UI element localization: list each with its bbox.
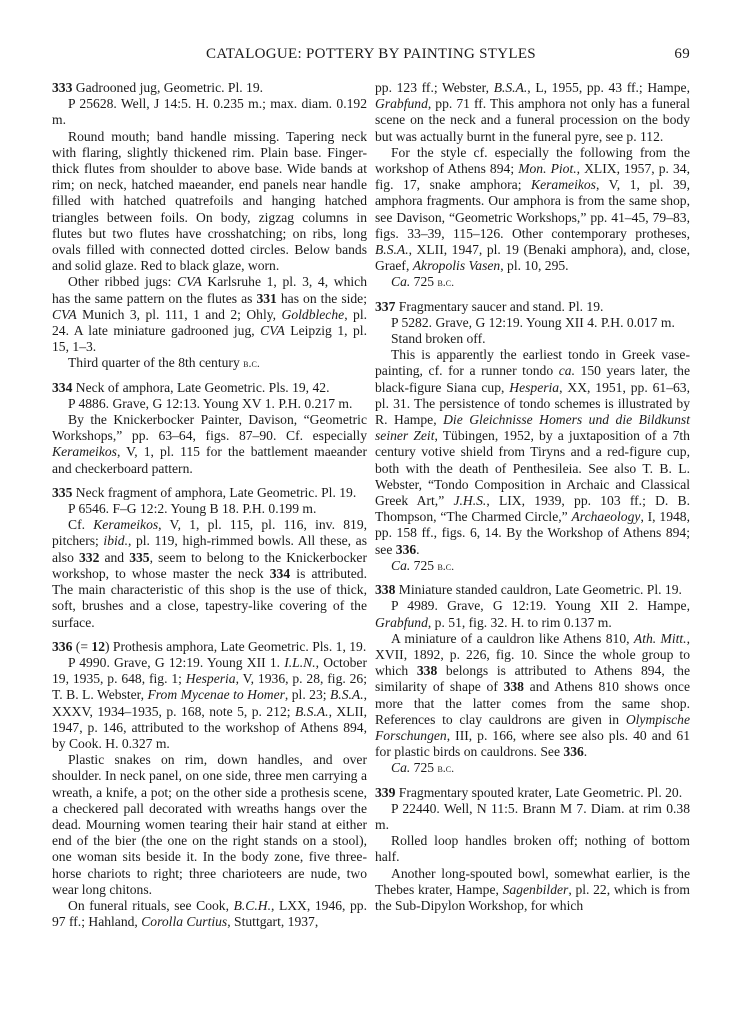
cross-reference: 334 [270, 566, 290, 581]
text: Other ribbed jugs: [68, 274, 177, 289]
citation-title: I.L.N. [284, 655, 315, 670]
text: Third quarter of the 8th century [68, 355, 243, 370]
citation-title: Kerameikos [93, 517, 158, 532]
entry-date: Third quarter of the 8th century b.c. [52, 355, 367, 371]
entry-inventory: P 22440. Well, N 11:5. Brann M 7. Diam. … [375, 801, 690, 833]
text: , L, 1955, pp. 43 ff.; Hampe, [527, 80, 690, 95]
catalogue-entry-338: 338 Miniature standed cauldron, Late Geo… [375, 582, 690, 776]
text: P 4990. Grave, G 12:19. Young XII 1. [68, 655, 284, 670]
entry-heading: 339 Fragmentary spouted krater, Late Geo… [375, 785, 690, 801]
text: On funeral rituals, see Cook, [68, 898, 234, 913]
entry-number: 333 [52, 80, 72, 95]
entry-inventory: P 4990. Grave, G 12:19. Young XII 1. I.L… [52, 655, 367, 752]
text: and [99, 550, 129, 565]
circa: Ca. [391, 274, 410, 289]
entry-heading: 335 Neck fragment of amphora, Late Geome… [52, 485, 367, 501]
entry-title: Fragmentary spouted krater, Late Geometr… [395, 785, 682, 800]
citation-title: Ath. Mitt. [634, 631, 687, 646]
citation-title: Hesperia [186, 671, 236, 686]
text: . [584, 744, 587, 759]
text: Cf. [68, 517, 93, 532]
text: 725 [410, 760, 437, 775]
entry-number: 334 [52, 380, 72, 395]
text: , Stuttgart, 1937, [227, 914, 318, 929]
text: Munich 3, pl. 111, 1 and 2; Ohly, [77, 307, 282, 322]
text: 725 [410, 274, 437, 289]
citation-title: Archaeology [571, 509, 640, 524]
page-number: 69 [674, 46, 690, 63]
era: b.c. [437, 761, 454, 775]
circa: ca. [559, 363, 575, 378]
entry-title: Gadrooned jug, Geometric. Pl. 19. [72, 80, 263, 95]
citation-title: Corolla Curtius [141, 914, 227, 929]
cross-reference: 331 [256, 291, 276, 306]
citation-title: Kerameikos [531, 177, 596, 192]
entry-description: Another long-spouted bowl, somewhat earl… [375, 866, 690, 915]
citation-title: Mon. Piot. [518, 161, 576, 176]
catalogue-entry-337: 337 Fragmentary saucer and stand. Pl. 19… [375, 299, 690, 574]
citation-title: B.S.A. [330, 687, 364, 702]
entry-description: This is apparently the earliest tondo in… [375, 347, 690, 558]
entry-inventory: P 6546. F–G 12:2. Young B 18. P.H. 0.199… [52, 501, 367, 517]
entry-title: Miniature standed cauldron, Late Geometr… [395, 582, 682, 597]
era: b.c. [243, 356, 260, 370]
entry-description: Plastic snakes on rim, down handles, and… [52, 752, 367, 898]
running-header: CATALOGUE: POTTERY BY PAINTING STYLES 69 [52, 46, 690, 66]
catalogue-entry-335: 335 Neck fragment of amphora, Late Geome… [52, 485, 367, 631]
entry-description: By the Knickerbocker Painter, Davison, “… [52, 412, 367, 477]
entry-comparanda: Other ribbed jugs: CVA Karlsruhe 1, pl. … [52, 274, 367, 355]
entry-number: 335 [52, 485, 72, 500]
entry-description: Round mouth; band handle missing. Taperi… [52, 129, 367, 275]
text: pp. 123 ff.; Webster, [375, 80, 494, 95]
entry-title: ) Prothesis amphora, Late Geometric. Pls… [105, 639, 366, 654]
circa: Ca. [391, 760, 410, 775]
era: b.c. [437, 275, 454, 289]
citation-title: Kerameikos [52, 444, 117, 459]
entry-title: Neck of amphora, Late Geometric. Pls. 19… [72, 380, 329, 395]
right-column: pp. 123 ff.; Webster, B.S.A., L, 1955, p… [375, 80, 690, 922]
entry-title: Neck fragment of amphora, Late Geometric… [72, 485, 356, 500]
entry-date: Ca. 725 b.c. [375, 760, 690, 776]
entry-condition: Stand broken off. [375, 331, 690, 347]
citation-title: Sagenbilder [503, 882, 569, 897]
text: , p. 51, fig. 32. H. to rim 0.137 m. [428, 615, 612, 630]
entry-heading: 336 (= 12) Prothesis amphora, Late Geome… [52, 639, 367, 655]
catalogue-entry-336: 336 (= 12) Prothesis amphora, Late Geome… [52, 639, 367, 931]
entry-inventory: P 4989. Grave, G 12:19. Young XII 2. Ham… [375, 598, 690, 630]
cross-reference: 12 [91, 639, 105, 654]
catalogue-entry-333: 333 Gadrooned jug, Geometric. Pl. 19. P … [52, 80, 367, 372]
entry-heading: 337 Fragmentary saucer and stand. Pl. 19… [375, 299, 690, 315]
running-title: CATALOGUE: POTTERY BY PAINTING STYLES [52, 46, 690, 63]
cross-reference: 332 [79, 550, 99, 565]
cross-reference: 336 [563, 744, 583, 759]
citation-title: Grabfund [375, 96, 428, 111]
citation-title: CVA [177, 274, 202, 289]
citation-title: Grabfund [375, 615, 428, 630]
document-page: CATALOGUE: POTTERY BY PAINTING STYLES 69… [0, 0, 733, 1024]
citation-title: J.H.S. [453, 493, 486, 508]
entry-heading: 338 Miniature standed cauldron, Late Geo… [375, 582, 690, 598]
cross-reference: 336 [396, 542, 416, 557]
entry-heading: 333 Gadrooned jug, Geometric. Pl. 19. [52, 80, 367, 96]
entry-date: Ca. 725 b.c. [375, 558, 690, 574]
citation-title: CVA [260, 323, 285, 338]
entry-comparanda-continued: pp. 123 ff.; Webster, B.S.A., L, 1955, p… [375, 80, 690, 145]
catalogue-entry-336-continued: pp. 123 ff.; Webster, B.S.A., L, 1955, p… [375, 80, 690, 291]
entry-number: 337 [375, 299, 395, 314]
text: , pl. 23; [285, 687, 330, 702]
text: , pl. 10, 295. [500, 258, 568, 273]
citation-title: From Mycenae to Homer [147, 687, 284, 702]
entry-description: A miniature of a cauldron like Athens 81… [375, 631, 690, 761]
entry-condition: Rolled loop handles broken off; nothing … [375, 833, 690, 865]
citation-title: B.S.A. [494, 80, 528, 95]
text: has on the side; [277, 291, 367, 306]
citation-title: Goldbleche [282, 307, 345, 322]
entry-number: 336 [52, 639, 72, 654]
entry-number: 338 [375, 582, 395, 597]
entry-heading: 334 Neck of amphora, Late Geometric. Pls… [52, 380, 367, 396]
text: . [416, 542, 419, 557]
text: 725 [410, 558, 437, 573]
cross-reference: 338 [417, 663, 437, 678]
citation-title: Hesperia [509, 380, 559, 395]
era: b.c. [437, 559, 454, 573]
catalogue-entry-334: 334 Neck of amphora, Late Geometric. Pls… [52, 380, 367, 477]
text: A miniature of a cauldron like Athens 81… [391, 631, 634, 646]
entry-title: Fragmentary saucer and stand. Pl. 19. [395, 299, 603, 314]
entry-inventory: P 4886. Grave, G 12:13. Young XV 1. P.H.… [52, 396, 367, 412]
citation-title: B.C.H. [234, 898, 271, 913]
entry-comparanda: On funeral rituals, see Cook, B.C.H., LX… [52, 898, 367, 930]
entry-inventory: P 5282. Grave, G 12:19. Young XII 4. P.H… [375, 315, 690, 331]
citation-title: CVA [52, 307, 77, 322]
entry-style-comparanda: For the style cf. especially the followi… [375, 145, 690, 275]
left-column: 333 Gadrooned jug, Geometric. Pl. 19. P … [52, 80, 367, 938]
citation-title: Akropolis Vasen [413, 258, 500, 273]
entry-number: 339 [375, 785, 395, 800]
citation-title: B.S.A. [375, 242, 409, 257]
catalogue-entry-339: 339 Fragmentary spouted krater, Late Geo… [375, 785, 690, 915]
text: P 4989. Grave, G 12:19. Young XII 2. Ham… [391, 598, 690, 613]
citation-title: B.S.A. [295, 704, 329, 719]
entry-inventory: P 25628. Well, J 14:5. H. 0.235 m.; max.… [52, 96, 367, 128]
cross-reference: 335 [129, 550, 149, 565]
cross-reference: 338 [504, 679, 524, 694]
circa: Ca. [391, 558, 410, 573]
text: (= [72, 639, 91, 654]
entry-date: Ca. 725 b.c. [375, 274, 690, 290]
text: By the Knickerbocker Painter, Davison, “… [52, 412, 367, 443]
citation-title: ibid. [103, 533, 128, 548]
entry-description: Cf. Kerameikos, V, 1, pl. 115, pl. 116, … [52, 517, 367, 630]
